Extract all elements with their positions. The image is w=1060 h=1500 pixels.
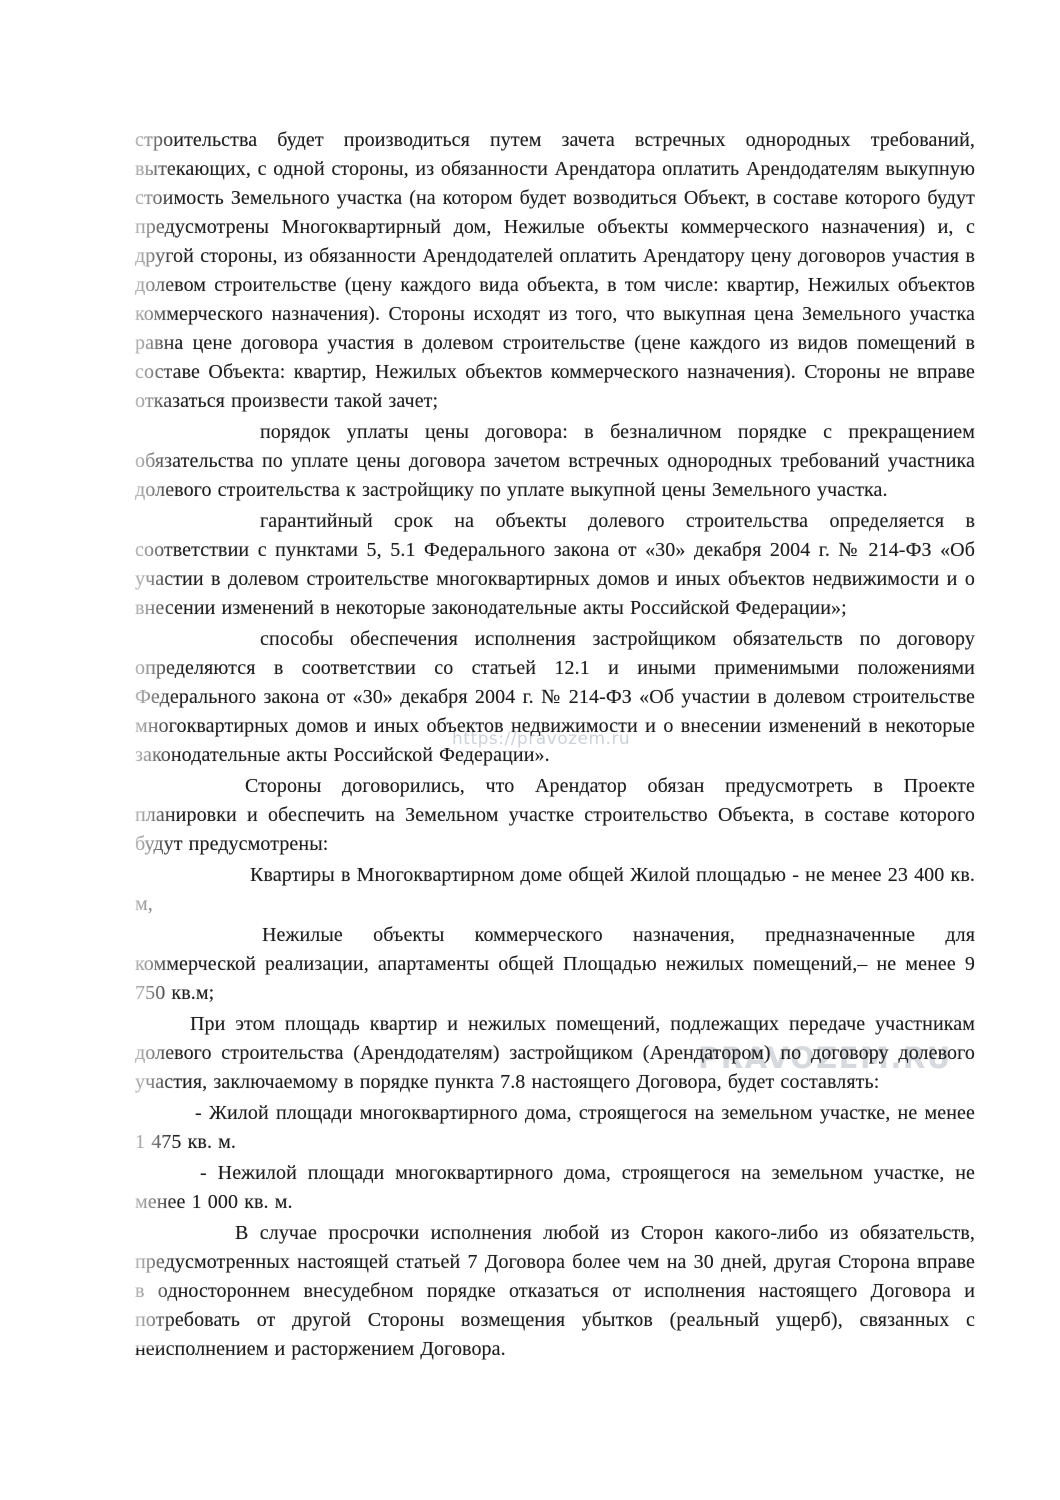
document-paragraph: Стороны договорились, что Арендатор обяз… <box>135 772 975 859</box>
document-paragraph: - Нежилой площади многоквартирного дома,… <box>135 1159 975 1217</box>
document-paragraph: порядок уплаты цены договора: в безналич… <box>135 418 975 505</box>
document-paragraph: Нежилые объекты коммерческого назначения… <box>135 921 975 1008</box>
document-paragraph: способы обеспечения исполнения застройщи… <box>135 625 975 770</box>
document-paragraph: гарантийный срок на объекты долевого стр… <box>135 507 975 623</box>
document-paragraph: - Жилой площади многоквартирного дома, с… <box>135 1099 975 1157</box>
document-paragraph: В случае просрочки исполнения любой из С… <box>135 1219 975 1364</box>
document-paragraph: Квартиры в Многоквартирном доме общей Жи… <box>135 861 975 919</box>
scanned-document-page: https://pravozem.ru PRAVOZEM.RU строител… <box>0 0 1060 1500</box>
document-body: строительства будет производиться путем … <box>135 126 975 1366</box>
document-paragraph: При этом площадь квартир и нежилых помещ… <box>135 1010 975 1097</box>
document-paragraph: строительства будет производиться путем … <box>135 126 975 416</box>
